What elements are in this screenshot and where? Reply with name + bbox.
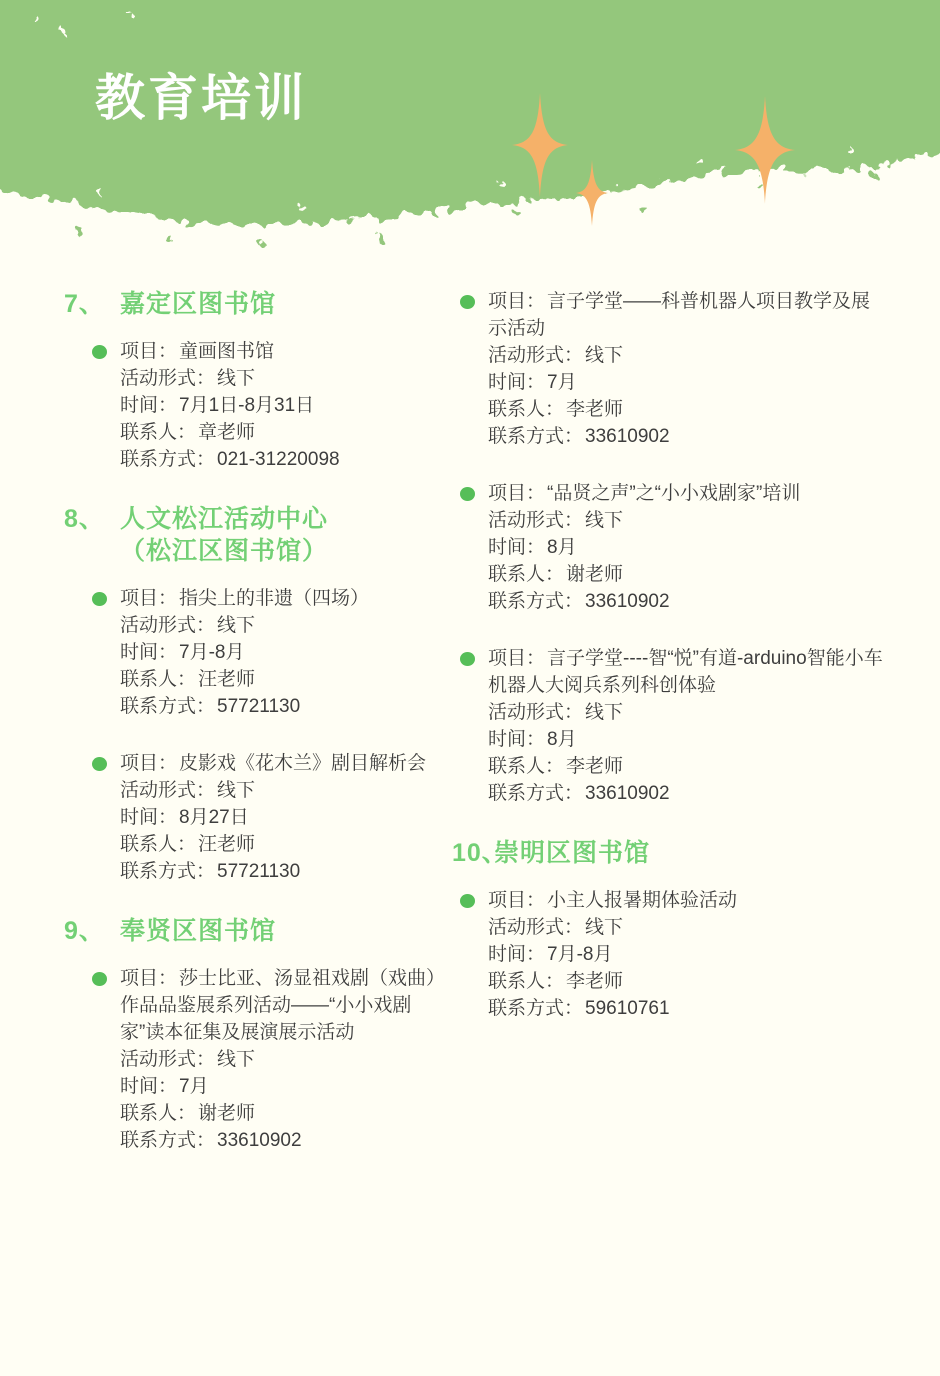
form-line: 活动形式：线下	[120, 612, 369, 639]
project-value: 言子学堂——科普机器人项目教学及展示活动	[488, 291, 870, 339]
time-line: 时间：8月	[488, 534, 800, 561]
bullet-icon	[460, 894, 475, 908]
time-label: 时间：	[120, 395, 177, 416]
contact-line: 联系人：李老师	[488, 753, 884, 780]
section-title: 崇明区图书馆	[494, 837, 650, 869]
time-value: 7月1日-8月31日	[179, 395, 314, 416]
section-number: 9、	[64, 915, 120, 947]
phone-label: 联系方式：	[488, 591, 583, 612]
project-label: 项目：	[488, 483, 545, 504]
form-value: 线下	[217, 1049, 255, 1070]
contact-value: 李老师	[566, 399, 623, 420]
contact-label: 联系人：	[120, 669, 196, 690]
form-line: 活动形式：线下	[488, 699, 884, 726]
section-heading: 7、 嘉定区图书馆	[64, 288, 444, 320]
form-value: 线下	[585, 510, 623, 531]
phone-value: 59610761	[585, 998, 670, 1019]
form-label: 活动形式：	[488, 510, 583, 531]
time-line: 时间：7月-8月	[120, 639, 369, 666]
form-value: 线下	[585, 345, 623, 366]
project-label: 项目：	[120, 968, 177, 989]
form-line: 活动形式：线下	[488, 507, 800, 534]
time-value: 7月-8月	[547, 944, 612, 965]
contact-label: 联系人：	[488, 399, 564, 420]
list-item: 项目：小主人报暑期体验活动 活动形式：线下 时间：7月-8月 联系人：李老师 联…	[460, 887, 884, 1022]
project-line: 项目：“品贤之声”之“小小戏剧家”培训	[488, 480, 800, 507]
contact-value: 谢老师	[198, 1103, 255, 1124]
time-label: 时间：	[488, 537, 545, 558]
time-line: 时间：8月	[488, 726, 884, 753]
column-left: 7、 嘉定区图书馆 项目：童画图书馆 活动形式：线下 时间：7月1日-8月31日…	[64, 288, 444, 1184]
form-value: 线下	[217, 780, 255, 801]
form-value: 线下	[585, 702, 623, 723]
time-line: 时间：7月-8月	[488, 941, 737, 968]
contact-line: 联系人：李老师	[488, 396, 884, 423]
item-details: 项目：童画图书馆 活动形式：线下 时间：7月1日-8月31日 联系人：章老师 联…	[120, 338, 340, 473]
form-label: 活动形式：	[488, 702, 583, 723]
project-value: “品贤之声”之“小小戏剧家”培训	[547, 483, 800, 504]
bullet-icon	[92, 592, 107, 606]
phone-label: 联系方式：	[488, 998, 583, 1019]
time-value: 8月27日	[179, 807, 249, 828]
time-value: 8月	[547, 729, 577, 750]
time-label: 时间：	[488, 729, 545, 750]
contact-line: 联系人：李老师	[488, 968, 737, 995]
phone-line: 联系方式：57721130	[120, 858, 426, 885]
phone-line: 联系方式：59610761	[488, 995, 737, 1022]
item-details: 项目：皮影戏《花木兰》剧目解析会 活动形式：线下 时间：8月27日 联系人：汪老…	[120, 750, 426, 885]
section-fengxian-library: 9、 奉贤区图书馆 项目：莎士比亚、汤显祖戏剧（戏曲）作品品鉴展系列活动——“小…	[64, 915, 444, 1154]
section-number: 7、	[64, 288, 120, 320]
bullet-icon	[460, 295, 475, 309]
section-fengxian-continued: 项目：言子学堂——科普机器人项目教学及展示活动 活动形式：线下 时间：7月 联系…	[452, 288, 884, 807]
section-chongming-library: 10、 崇明区图书馆 项目：小主人报暑期体验活动 活动形式：线下 时间：7月-8…	[452, 837, 884, 1022]
form-line: 活动形式：线下	[488, 914, 737, 941]
phone-value: 33610902	[585, 591, 670, 612]
contact-line: 联系人：谢老师	[488, 561, 800, 588]
time-label: 时间：	[120, 1076, 177, 1097]
item-details: 项目：言子学堂----智“悦”有道-arduino智能小车机器人大阅兵系列科创体…	[488, 645, 884, 807]
contact-line: 联系人：章老师	[120, 419, 340, 446]
contact-label: 联系人：	[120, 834, 196, 855]
phone-label: 联系方式：	[120, 861, 215, 882]
phone-label: 联系方式：	[488, 783, 583, 804]
form-line: 活动形式：线下	[120, 1046, 444, 1073]
project-line: 项目：小主人报暑期体验活动	[488, 887, 737, 914]
form-line: 活动形式：线下	[488, 342, 884, 369]
section-songjiang-center: 8、 人文松江活动中心 （松江区图书馆） 项目：指尖上的非遗（四场） 活动形式：…	[64, 503, 444, 885]
time-value: 7月	[547, 372, 577, 393]
list-item: 项目：言子学堂——科普机器人项目教学及展示活动 活动形式：线下 时间：7月 联系…	[460, 288, 884, 450]
project-label: 项目：	[120, 753, 177, 774]
item-details: 项目：“品贤之声”之“小小戏剧家”培训 活动形式：线下 时间：8月 联系人：谢老…	[488, 480, 800, 615]
form-label: 活动形式：	[120, 780, 215, 801]
time-label: 时间：	[488, 944, 545, 965]
list-item: 项目：莎士比亚、汤显祖戏剧（戏曲）作品品鉴展系列活动——“小小戏剧家”读本征集及…	[92, 965, 444, 1154]
page-title: 教育培训	[95, 68, 307, 128]
section-number: 8、	[64, 503, 120, 535]
project-line: 项目：言子学堂----智“悦”有道-arduino智能小车机器人大阅兵系列科创体…	[488, 645, 884, 699]
time-line: 时间：7月	[120, 1073, 444, 1100]
phone-line: 联系方式：33610902	[488, 588, 800, 615]
phone-label: 联系方式：	[120, 1130, 215, 1151]
contact-label: 联系人：	[120, 1103, 196, 1124]
section-title: 人文松江活动中心 （松江区图书馆）	[120, 503, 328, 567]
project-label: 项目：	[488, 648, 545, 669]
time-value: 7月	[179, 1076, 209, 1097]
section-heading: 10、 崇明区图书馆	[452, 837, 884, 869]
item-details: 项目：言子学堂——科普机器人项目教学及展示活动 活动形式：线下 时间：7月 联系…	[488, 288, 884, 450]
time-line: 时间：7月1日-8月31日	[120, 392, 340, 419]
contact-label: 联系人：	[488, 756, 564, 777]
project-line: 项目：莎士比亚、汤显祖戏剧（戏曲）作品品鉴展系列活动——“小小戏剧家”读本征集及…	[120, 965, 444, 1046]
form-label: 活动形式：	[488, 917, 583, 938]
banner-paint-graphic	[0, 0, 940, 280]
contact-label: 联系人：	[488, 971, 564, 992]
contact-value: 谢老师	[566, 564, 623, 585]
form-label: 活动形式：	[120, 1049, 215, 1070]
bullet-icon	[92, 972, 107, 986]
contact-value: 李老师	[566, 971, 623, 992]
bullet-icon	[92, 345, 107, 359]
project-line: 项目：指尖上的非遗（四场）	[120, 585, 369, 612]
project-line: 项目：言子学堂——科普机器人项目教学及展示活动	[488, 288, 884, 342]
time-value: 8月	[547, 537, 577, 558]
project-value: 皮影戏《花木兰》剧目解析会	[179, 753, 426, 774]
time-label: 时间：	[120, 807, 177, 828]
bullet-icon	[460, 487, 475, 501]
time-label: 时间：	[120, 642, 177, 663]
phone-line: 联系方式：33610902	[488, 780, 884, 807]
contact-line: 联系人：谢老师	[120, 1100, 444, 1127]
section-heading: 8、 人文松江活动中心 （松江区图书馆）	[64, 503, 444, 567]
form-value: 线下	[585, 917, 623, 938]
section-jiading-library: 7、 嘉定区图书馆 项目：童画图书馆 活动形式：线下 时间：7月1日-8月31日…	[64, 288, 444, 473]
project-label: 项目：	[488, 890, 545, 911]
phone-value: 33610902	[585, 783, 670, 804]
poster-page: 教育培训 7、 嘉定区图书馆 项目：童画图书馆 活动形式：线下 时间：7月1日-…	[0, 0, 940, 1376]
project-label: 项目：	[488, 291, 545, 312]
list-item: 项目：言子学堂----智“悦”有道-arduino智能小车机器人大阅兵系列科创体…	[460, 645, 884, 807]
phone-label: 联系方式：	[120, 449, 215, 470]
form-value: 线下	[217, 615, 255, 636]
time-line: 时间：7月	[488, 369, 884, 396]
section-title: 嘉定区图书馆	[120, 288, 276, 320]
form-label: 活动形式：	[120, 615, 215, 636]
form-value: 线下	[217, 368, 255, 389]
project-line: 项目：童画图书馆	[120, 338, 340, 365]
contact-value: 汪老师	[198, 834, 255, 855]
form-line: 活动形式：线下	[120, 365, 340, 392]
project-label: 项目：	[120, 588, 177, 609]
bullet-icon	[460, 652, 475, 666]
contact-value: 李老师	[566, 756, 623, 777]
list-item: 项目：“品贤之声”之“小小戏剧家”培训 活动形式：线下 时间：8月 联系人：谢老…	[460, 480, 884, 615]
project-value: 小主人报暑期体验活动	[547, 890, 737, 911]
phone-value: 57721130	[217, 861, 300, 882]
project-line: 项目：皮影戏《花木兰》剧目解析会	[120, 750, 426, 777]
project-value: 指尖上的非遗（四场）	[179, 588, 369, 609]
phone-line: 联系方式：021-31220098	[120, 446, 340, 473]
contact-label: 联系人：	[488, 564, 564, 585]
phone-value: 57721130	[217, 696, 300, 717]
item-details: 项目：莎士比亚、汤显祖戏剧（戏曲）作品品鉴展系列活动——“小小戏剧家”读本征集及…	[120, 965, 444, 1154]
form-label: 活动形式：	[120, 368, 215, 389]
phone-value: 33610902	[585, 426, 670, 447]
phone-value: 33610902	[217, 1130, 302, 1151]
bullet-icon	[92, 757, 107, 771]
phone-label: 联系方式：	[488, 426, 583, 447]
contact-label: 联系人：	[120, 422, 196, 443]
project-value: 言子学堂----智“悦”有道-arduino智能小车机器人大阅兵系列科创体验	[488, 648, 883, 696]
time-label: 时间：	[488, 372, 545, 393]
contact-value: 章老师	[198, 422, 255, 443]
phone-line: 联系方式：57721130	[120, 693, 369, 720]
phone-line: 联系方式：33610902	[488, 423, 884, 450]
item-details: 项目：小主人报暑期体验活动 活动形式：线下 时间：7月-8月 联系人：李老师 联…	[488, 887, 737, 1022]
project-value: 童画图书馆	[179, 341, 274, 362]
contact-value: 汪老师	[198, 669, 255, 690]
section-heading: 9、 奉贤区图书馆	[64, 915, 444, 947]
banner: 教育培训	[0, 0, 940, 280]
column-right: 项目：言子学堂——科普机器人项目教学及展示活动 活动形式：线下 时间：7月 联系…	[452, 288, 884, 1052]
section-title: 奉贤区图书馆	[120, 915, 276, 947]
project-label: 项目：	[120, 341, 177, 362]
phone-line: 联系方式：33610902	[120, 1127, 444, 1154]
section-number: 10、	[452, 837, 494, 869]
list-item: 项目：童画图书馆 活动形式：线下 时间：7月1日-8月31日 联系人：章老师 联…	[92, 338, 444, 473]
form-label: 活动形式：	[488, 345, 583, 366]
contact-line: 联系人：汪老师	[120, 831, 426, 858]
phone-value: 021-31220098	[217, 449, 340, 470]
time-line: 时间：8月27日	[120, 804, 426, 831]
contact-line: 联系人：汪老师	[120, 666, 369, 693]
item-details: 项目：指尖上的非遗（四场） 活动形式：线下 时间：7月-8月 联系人：汪老师 联…	[120, 585, 369, 720]
list-item: 项目：指尖上的非遗（四场） 活动形式：线下 时间：7月-8月 联系人：汪老师 联…	[92, 585, 444, 720]
phone-label: 联系方式：	[120, 696, 215, 717]
form-line: 活动形式：线下	[120, 777, 426, 804]
list-item: 项目：皮影戏《花木兰》剧目解析会 活动形式：线下 时间：8月27日 联系人：汪老…	[92, 750, 444, 885]
time-value: 7月-8月	[179, 642, 244, 663]
